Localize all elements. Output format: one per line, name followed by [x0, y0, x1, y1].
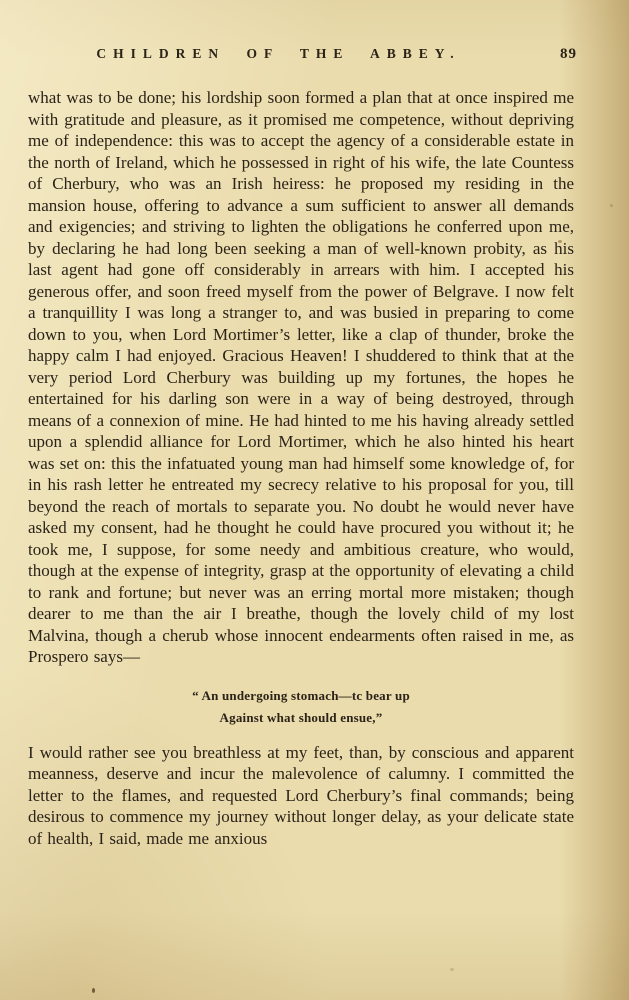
- verse-line-1: “ An undergoing stomach—tc bear up: [28, 685, 574, 707]
- paper-speck: [92, 988, 95, 993]
- body-paragraph-1: what was to be done; his lordship soon f…: [28, 87, 574, 668]
- verse-line-2: Against what should ensue,”: [28, 707, 574, 729]
- page-number: 89: [560, 46, 577, 63]
- running-title: CHILDREN OF THE ABBEY.: [0, 46, 557, 62]
- running-header: CHILDREN OF THE ABBEY. 89: [0, 46, 629, 66]
- book-page-scan: CHILDREN OF THE ABBEY. 89 what was to be…: [0, 0, 629, 1000]
- body-paragraph-2: I would rather see you breathless at my …: [28, 742, 574, 850]
- page-body: what was to be done; his lordship soon f…: [28, 87, 574, 849]
- paper-speck: [450, 968, 454, 971]
- verse-quote: “ An undergoing stomach—tc bear up Again…: [28, 685, 574, 729]
- paper-speck: [558, 240, 562, 243]
- paper-speck: [610, 204, 613, 207]
